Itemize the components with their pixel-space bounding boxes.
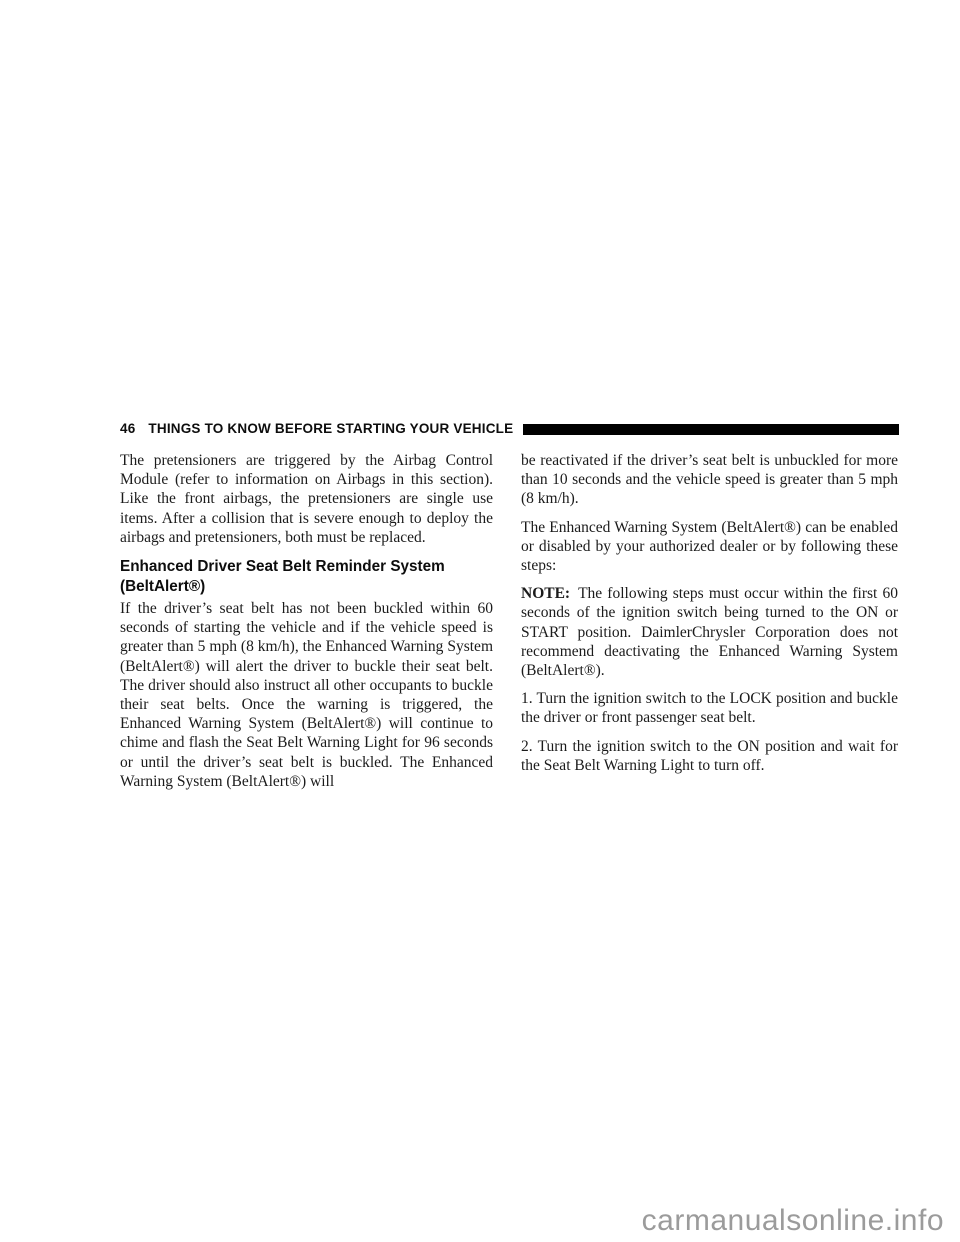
section-heading-line-1: Enhanced Driver Seat Belt Reminder Syste… <box>120 558 445 575</box>
header-rule-bar <box>523 424 899 435</box>
section-heading-beltalert: Enhanced Driver Seat Belt Reminder Syste… <box>120 557 493 597</box>
note-paragraph: NOTE:The following steps must occur with… <box>521 584 898 680</box>
step-2: 2. Turn the ignition switch to the ON po… <box>521 737 898 775</box>
note-text: The following steps must occur within th… <box>521 585 898 679</box>
paragraph-beltalert-description: If the driver’s seat belt has not been b… <box>120 599 493 791</box>
watermark-text: carmanualsonline.info <box>642 1204 944 1238</box>
step-1: 1. Turn the ignition switch to the LOCK … <box>521 689 898 727</box>
page-number: 46 <box>120 421 135 436</box>
paragraph-pretensioners: The pretensioners are triggered by the A… <box>120 451 493 547</box>
page-header: 46 THINGS TO KNOW BEFORE STARTING YOUR V… <box>120 421 899 436</box>
chapter-title: THINGS TO KNOW BEFORE STARTING YOUR VEHI… <box>148 421 513 436</box>
left-column: The pretensioners are triggered by the A… <box>120 451 493 800</box>
right-column: be reactivated if the driver’s seat belt… <box>521 451 898 784</box>
note-label: NOTE: <box>521 585 570 602</box>
section-heading-line-2: (BeltAlert®) <box>120 578 205 595</box>
paragraph-reactivation: be reactivated if the driver’s seat belt… <box>521 451 898 509</box>
paragraph-enable-disable: The Enhanced Warning System (BeltAlert®)… <box>521 518 898 576</box>
